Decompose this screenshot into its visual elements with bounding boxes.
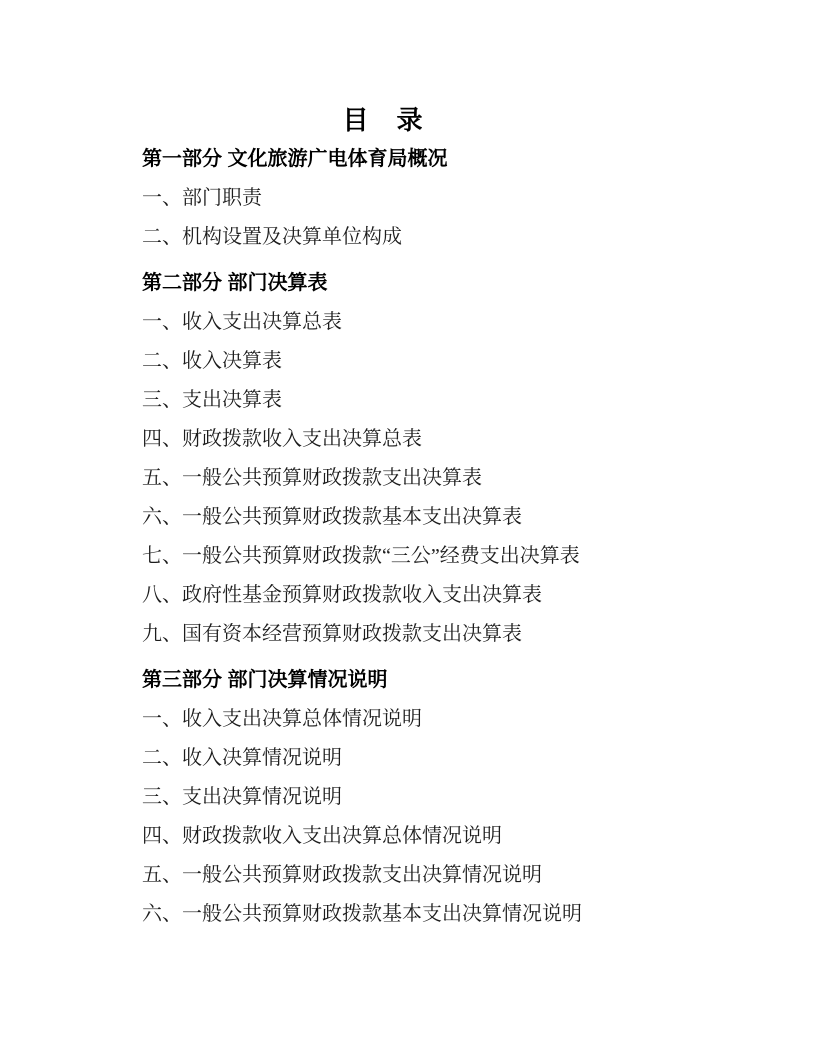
toc-item: 二、收入决算表 — [142, 342, 682, 381]
toc-item: 四、财政拨款收入支出决算总体情况说明 — [142, 817, 682, 856]
toc-item: 九、国有资本经营预算财政拨款支出决算表 — [142, 615, 682, 654]
toc-section-part1: 第一部分 文化旅游广电体育局概况 一、部门职责 二、机构设置及决算单位构成 — [142, 140, 682, 257]
toc-item: 五、一般公共预算财政拨款支出决算表 — [142, 459, 682, 498]
toc-item: 一、收入支出决算总表 — [142, 303, 682, 342]
toc-item: 八、政府性基金预算财政拨款收入支出决算表 — [142, 576, 682, 615]
toc-item: 六、一般公共预算财政拨款基本支出决算表 — [142, 498, 682, 537]
part2-heading: 第二部分 部门决算表 — [142, 264, 682, 303]
toc-content: 目 录 第一部分 文化旅游广电体育局概况 一、部门职责 二、机构设置及决算单位构… — [142, 100, 682, 934]
toc-item: 七、一般公共预算财政拨款“三公”经费支出决算表 — [142, 537, 682, 576]
toc-item: 二、收入决算情况说明 — [142, 739, 682, 778]
toc-item: 三、支出决算情况说明 — [142, 778, 682, 817]
document-page: 目 录 第一部分 文化旅游广电体育局概况 一、部门职责 二、机构设置及决算单位构… — [0, 0, 816, 1056]
toc-title: 目 录 — [142, 100, 624, 140]
toc-item: 一、收入支出决算总体情况说明 — [142, 700, 682, 739]
toc-item: 二、机构设置及决算单位构成 — [142, 218, 682, 257]
toc-section-part3: 第三部分 部门决算情况说明 一、收入支出决算总体情况说明 二、收入决算情况说明 … — [142, 661, 682, 934]
toc-item: 五、一般公共预算财政拨款支出决算情况说明 — [142, 856, 682, 895]
toc-item: 四、财政拨款收入支出决算总表 — [142, 420, 682, 459]
toc-item: 六、一般公共预算财政拨款基本支出决算情况说明 — [142, 895, 682, 934]
toc-section-part2: 第二部分 部门决算表 一、收入支出决算总表 二、收入决算表 三、支出决算表 四、… — [142, 264, 682, 654]
toc-item: 三、支出决算表 — [142, 381, 682, 420]
part3-heading: 第三部分 部门决算情况说明 — [142, 661, 682, 700]
toc-item: 一、部门职责 — [142, 179, 682, 218]
part1-heading: 第一部分 文化旅游广电体育局概况 — [142, 140, 682, 179]
